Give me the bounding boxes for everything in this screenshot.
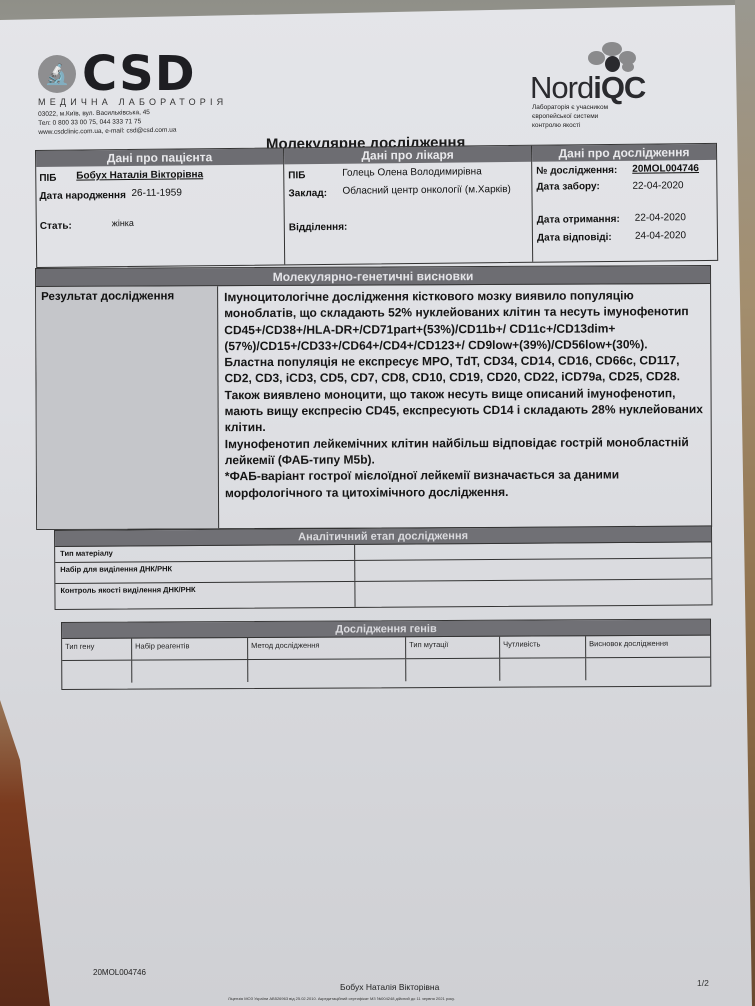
column-header: Метод дослідження bbox=[248, 637, 406, 659]
table-cell bbox=[248, 659, 406, 682]
lab-subtitle: МЕДИЧНА ЛАБОРАТОРІЯ bbox=[38, 97, 227, 107]
result-paragraph: Бластна популяція не експресує MPO, TdT,… bbox=[224, 352, 704, 387]
result-label: Результат дослідження bbox=[36, 286, 219, 529]
table-row: Контроль якості виділення ДНК/РНК bbox=[55, 579, 711, 609]
doctor-institution-label: Заклад: bbox=[288, 188, 327, 199]
patient-header: Дані про пацієнта bbox=[36, 148, 283, 167]
table-cell bbox=[132, 660, 248, 683]
lab-contacts: 03022, м.Київ, вул. Васильківська, 45 Те… bbox=[38, 108, 177, 137]
analytic-label: Набір для виділення ДНК/РНК bbox=[55, 561, 355, 583]
table-cell bbox=[500, 658, 586, 680]
patient-name-label: ПІБ bbox=[39, 173, 56, 184]
analytic-label: Контроль якості виділення ДНК/РНК bbox=[55, 582, 355, 609]
genes-table: Дослідження генів Тип гену Набір реагент… bbox=[61, 619, 711, 690]
analytic-value bbox=[355, 558, 711, 580]
result-paragraph: Також виявлено моноцити, що також несуть… bbox=[225, 385, 705, 436]
analytic-value bbox=[355, 542, 711, 559]
patient-dob-label: Дата народження bbox=[39, 190, 126, 202]
study-received-label: Дата отримання: bbox=[537, 214, 620, 226]
study-section: Дані про дослідження № дослідження: 20MO… bbox=[532, 144, 717, 262]
document: 🔬 CSD МЕДИЧНА ЛАБОРАТОРІЯ 03022, м.Київ,… bbox=[0, 0, 755, 1006]
page-number: 1/2 bbox=[697, 978, 709, 988]
analytic-label: Тип матеріалу bbox=[55, 545, 355, 562]
patient-sex-label: Стать: bbox=[40, 221, 72, 232]
lab-logo: 🔬 CSD bbox=[38, 50, 196, 98]
study-collected: 22-04-2020 bbox=[632, 180, 683, 192]
partner-caption: Лабораторія є учасником європейської сис… bbox=[532, 103, 608, 130]
study-number-label: № дослідження: bbox=[536, 165, 617, 177]
study-collected-label: Дата забору: bbox=[536, 181, 599, 193]
doctor-name: Голець Олена Володимирівна bbox=[342, 166, 482, 178]
patient-dob: 26-11-1959 bbox=[131, 187, 182, 199]
patient-section: Дані про пацієнта ПІБ Бобух Наталія Вікт… bbox=[36, 148, 285, 267]
column-header: Висновок дослідження bbox=[586, 636, 710, 658]
analytic-stage-table: Аналітичний етап дослідження Тип матеріа… bbox=[54, 525, 713, 610]
study-answered-label: Дата відповіді: bbox=[537, 232, 612, 244]
result-paragraph: Імунофенотип лейкемічних клітин найбільш… bbox=[225, 434, 705, 469]
lab-web: www.csdclinic.com.ua, e-mail: csd@csd.co… bbox=[38, 126, 176, 137]
result-paragraph: Імуноцитологічне дослідження кісткового … bbox=[224, 287, 704, 354]
table-row bbox=[62, 658, 710, 683]
lab-logo-text: CSD bbox=[82, 50, 196, 98]
doctor-header: Дані про лікаря bbox=[284, 146, 531, 165]
doctor-department-label: Відділення: bbox=[289, 222, 348, 234]
table-cell bbox=[406, 659, 500, 681]
result-paragraph: *ФАБ-варіант гострої мієлоїдної лейкемії… bbox=[225, 466, 705, 501]
analytic-value bbox=[355, 579, 711, 606]
microscope-icon: 🔬 bbox=[38, 55, 76, 93]
conclusions-section: Молекулярно-генетичні висновки Результат… bbox=[35, 265, 712, 530]
study-answered: 24-04-2020 bbox=[635, 230, 686, 242]
patient-sex: жінка bbox=[112, 218, 134, 228]
column-header: Тип гену bbox=[62, 639, 132, 660]
study-number: 20MOL004746 bbox=[632, 163, 699, 175]
column-header: Тип мутації bbox=[406, 637, 500, 658]
partner-logo-text: NordiQC bbox=[530, 70, 645, 106]
table-cell bbox=[586, 658, 710, 681]
result-text: Імуноцитологічне дослідження кісткового … bbox=[218, 284, 711, 528]
footer-license: Ліцензія МОЗ України АВ526963 від 25.02.… bbox=[228, 996, 455, 1001]
study-received: 22-04-2020 bbox=[635, 212, 686, 224]
column-header: Набір реагентів bbox=[132, 638, 248, 660]
table-cell bbox=[62, 661, 132, 683]
doctor-institution: Обласний центр онкології (м.Харків) bbox=[342, 184, 511, 197]
footer-patient-name: Бобух Наталія Вікторівна bbox=[340, 982, 439, 992]
column-header: Чутливість bbox=[500, 636, 586, 657]
footer-study-code: 20MOL004746 bbox=[93, 968, 146, 977]
partner-logo: NordiQC Лабораторія є учасником європейс… bbox=[528, 40, 668, 140]
info-block: Дані про пацієнта ПІБ Бобух Наталія Вікт… bbox=[35, 143, 718, 268]
doctor-section: Дані про лікаря ПІБ Голець Олена Володим… bbox=[284, 146, 533, 265]
doctor-name-label: ПІБ bbox=[288, 170, 305, 181]
patient-name: Бобух Наталія Вікторівна bbox=[76, 169, 203, 181]
study-header: Дані про дослідження bbox=[532, 144, 716, 162]
